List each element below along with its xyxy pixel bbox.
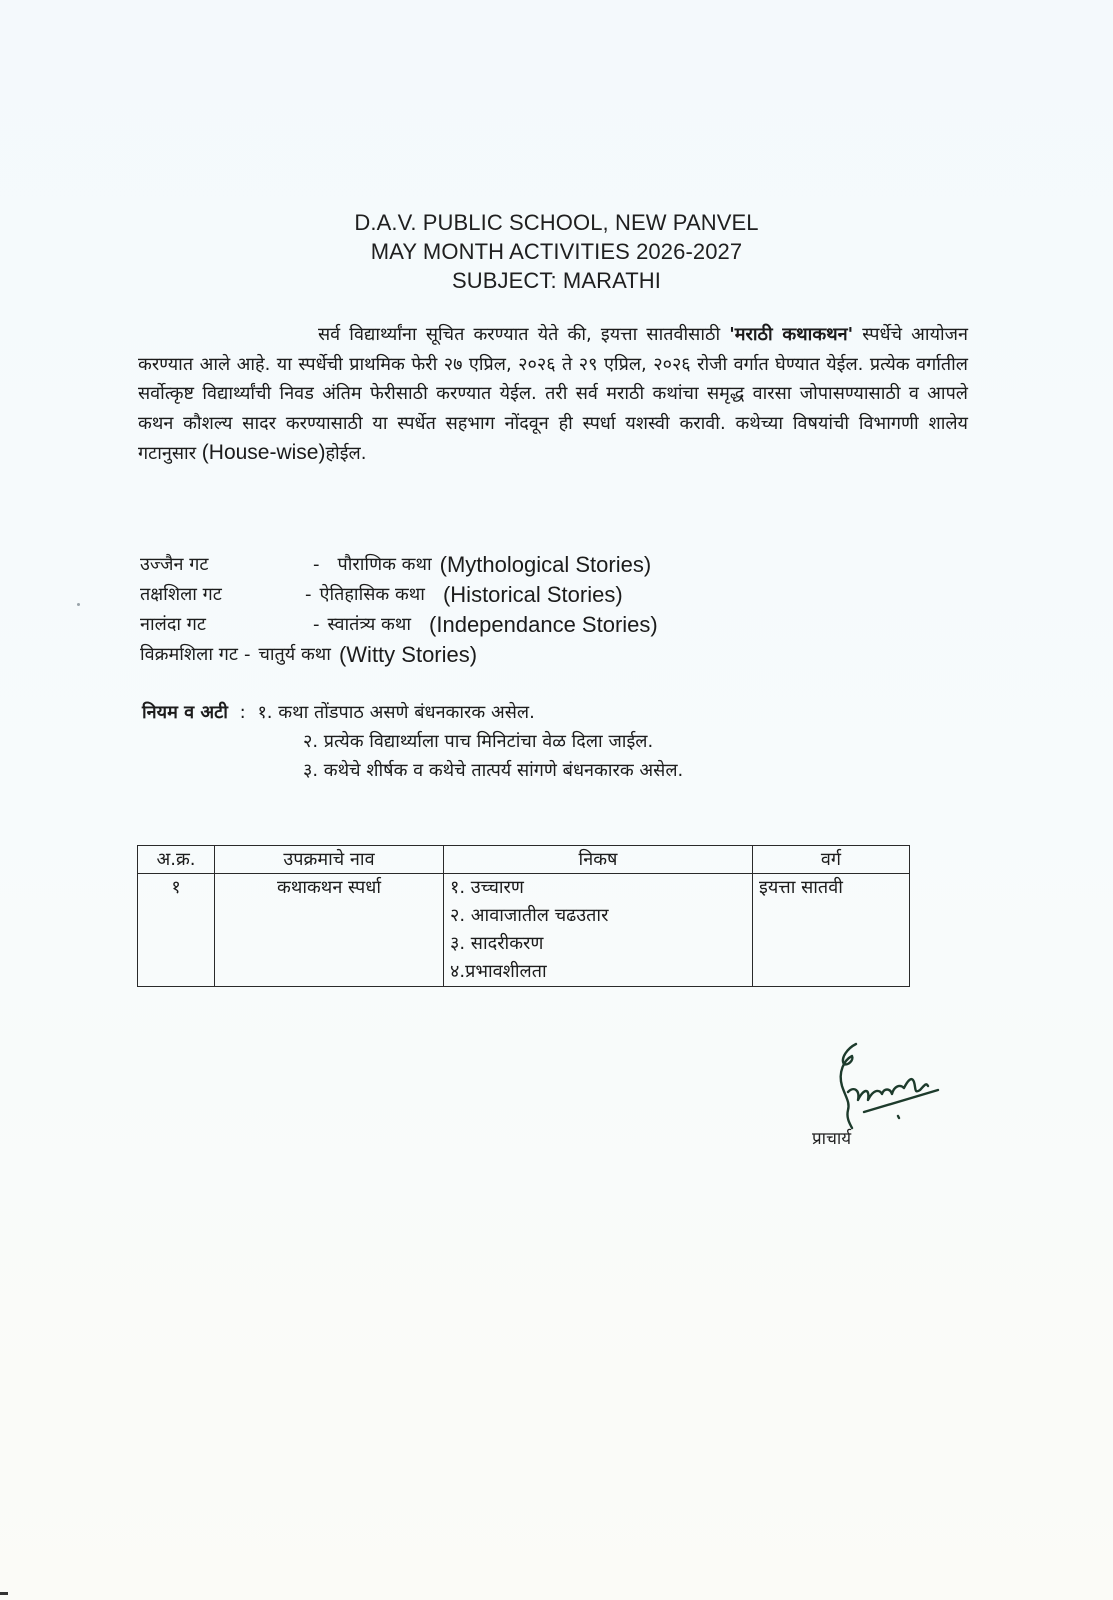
cell-sr-no: १ [138,874,215,987]
criterion-item: ३. सादरीकरण [450,930,746,958]
separator: - [244,640,251,670]
house-name: उज्जैन गट [140,550,305,580]
story-type: पौराणिक कथा [338,550,432,580]
rules-colon: : [240,702,246,723]
house-name: नालंदा गट [140,610,305,640]
document-header: D.A.V. PUBLIC SCHOOL, NEW PANVEL MAY MON… [0,208,1113,295]
story-type: ऐतिहासिक कथा [320,580,425,610]
intro-text-3: होईल. [325,443,366,464]
house-wise-note: (House-wise) [202,441,326,464]
house-name: तक्षशिला गट [140,580,305,610]
story-type-english: (Witty Stories) [339,640,477,670]
header-criteria: निकष [444,846,753,874]
table-row: १ कथाकथन स्पर्धा १. उच्चारण २. आवाजातील … [138,874,910,987]
rule-line: नियम व अटी : १. कथा तोंडपाठ असणे बंधनकार… [142,698,902,727]
story-type-english: (Mythological Stories) [440,550,652,580]
principal-signature [820,1030,960,1130]
rule-item: २. प्रत्येक विद्यार्थ्याला पाच मिनिटांचा… [142,727,902,756]
separator: - [313,550,320,580]
house-row: तक्षशिला गट - ऐतिहासिक कथा (Historical S… [140,580,820,610]
scan-edge-mark [0,1592,8,1595]
principal-label: प्राचार्य [812,1126,851,1149]
house-row: विक्रमशिला गट - चातुर्य कथा (Witty Stori… [140,640,820,670]
house-name: विक्रमशिला गट [140,640,238,670]
criterion-item: १. उच्चारण [450,874,746,902]
competition-name: 'मराठी कथाकथन' [729,324,853,345]
header-sr-no: अ.क्र. [138,846,215,874]
school-name: D.A.V. PUBLIC SCHOOL, NEW PANVEL [0,208,1113,237]
header-class: वर्ग [753,846,910,874]
cell-criteria: १. उच्चारण २. आवाजातील चढउतार ३. सादरीकर… [444,874,753,987]
table-header-row: अ.क्र. उपक्रमाचे नाव निकष वर्ग [138,846,910,874]
cell-activity-name: कथाकथन स्पर्धा [215,874,444,987]
activity-table: अ.क्र. उपक्रमाचे नाव निकष वर्ग १ कथाकथन … [137,845,910,987]
separator: - [313,610,320,640]
document-page: D.A.V. PUBLIC SCHOOL, NEW PANVEL MAY MON… [0,0,1113,1600]
story-type-english: (Independance Stories) [429,610,658,640]
rule-item: ३. कथेचे शीर्षक व कथेचे तात्पर्य सांगणे … [142,756,902,785]
intro-paragraph: सर्व विद्यार्थ्यांना सूचित करण्यात येते … [138,320,968,469]
story-type-english: (Historical Stories) [443,580,623,610]
story-type: चातुर्य कथा [258,640,331,670]
house-row: नालंदा गट - स्वातंत्र्य कथा (Independanc… [140,610,820,640]
cell-class: इयत्ता सातवी [753,874,910,987]
criterion-item: २. आवाजातील चढउतार [450,902,746,930]
house-row: उज्जैन गट - पौराणिक कथा (Mythological St… [140,550,820,580]
rules-title: नियम व अटी [142,702,228,723]
rule-item: १. कथा तोंडपाठ असणे बंधनकारक असेल. [257,702,534,723]
scan-speck [77,603,80,606]
story-type: स्वातंत्र्य कथा [328,610,412,640]
rules-section: नियम व अटी : १. कथा तोंडपाठ असणे बंधनकार… [142,698,902,785]
separator: - [305,580,312,610]
house-list: उज्जैन गट - पौराणिक कथा (Mythological St… [140,550,820,670]
subject-title: SUBJECT: MARATHI [0,266,1113,295]
activities-title: MAY MONTH ACTIVITIES 2026-2027 [0,237,1113,266]
intro-text-1: सर्व विद्यार्थ्यांना सूचित करण्यात येते … [318,324,729,345]
header-activity-name: उपक्रमाचे नाव [215,846,444,874]
criterion-item: ४.प्रभावशीलता [450,958,746,986]
